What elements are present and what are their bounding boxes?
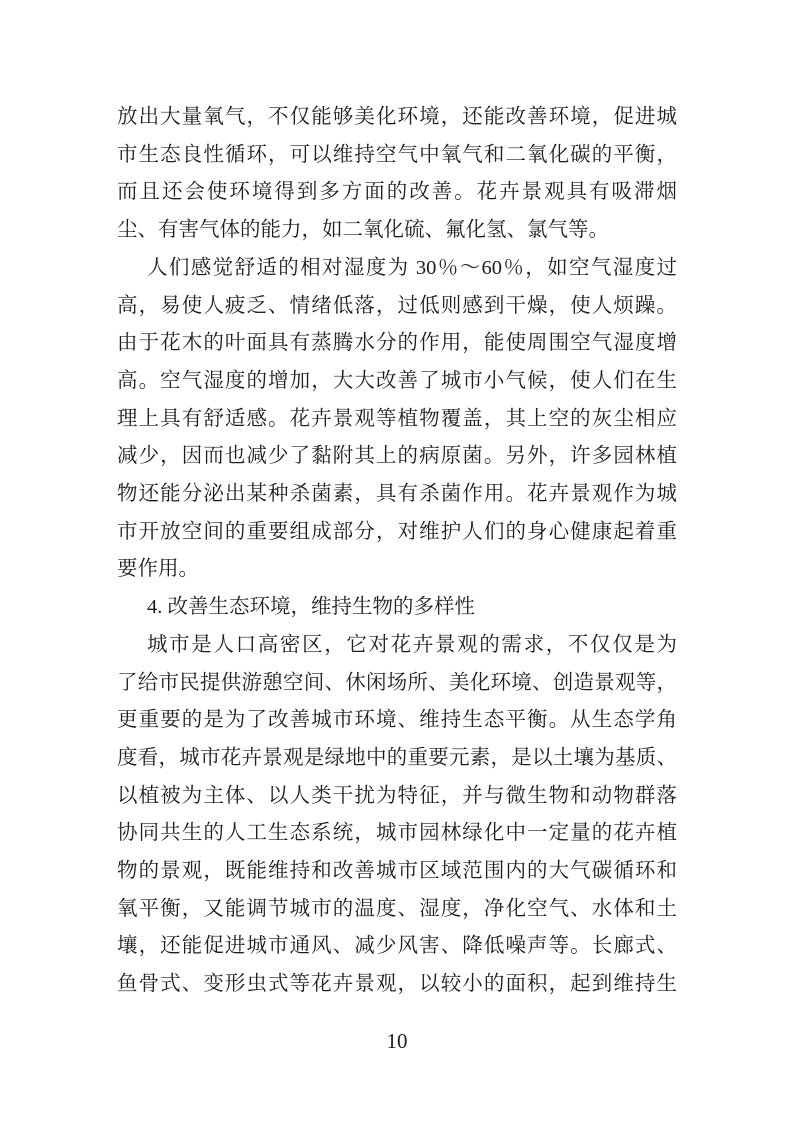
text-line: 市开放空间的重要组成部分，对维护人们的身心健康起着重: [117, 514, 677, 552]
document-page: 放出大量氧气，不仅能够美化环境，还能改善环境，促进城市生态良性循环，可以维持空气…: [0, 0, 793, 1122]
text-line: 以植被为主体、以人类干扰为特征，并与微生物和动物群落: [117, 778, 677, 816]
text-line: 减少，因而也减少了黏附其上的病原菌。另外，许多园林植: [117, 438, 677, 476]
text-line: 尘、有害气体的能力，如二氧化硫、氟化氢、氯气等。: [117, 212, 677, 250]
paragraph: 人们感觉舒适的相对湿度为 30％～60％，如空气湿度过高，易使人疲乏、情绪低落，…: [117, 250, 677, 589]
text-line: 壤，还能促进城市通风、减少风害、降低噪声等。长廊式、: [117, 928, 677, 966]
text-line: 协同共生的人工生态系统，城市园林绿化中一定量的花卉植: [117, 815, 677, 853]
text-line: 放出大量氧气，不仅能够美化环境，还能改善环境，促进城: [117, 99, 677, 137]
text-line: 要作用。: [117, 551, 677, 589]
page-number: 10: [117, 1026, 677, 1056]
text-line: 4. 改善生态环境，维持生物的多样性: [117, 589, 677, 627]
text-line: 鱼骨式、变形虫式等花卉景观，以较小的面积，起到维持生: [117, 966, 677, 1004]
text-line: 度看，城市花卉景观是绿地中的重要元素，是以土壤为基质、: [117, 740, 677, 778]
text-line: 了给市民提供游憩空间、休闲场所、美化环境、创造景观等，: [117, 665, 677, 703]
text-line: 物的景观，既能维持和改善城市区域范围内的大气碳循环和: [117, 853, 677, 891]
section-heading: 4. 改善生态环境，维持生物的多样性: [117, 589, 677, 627]
text-line: 由于花木的叶面具有蒸腾水分的作用，能使周围空气湿度增: [117, 325, 677, 363]
text-line: 物还能分泌出某种杀菌素，具有杀菌作用。花卉景观作为城: [117, 476, 677, 514]
text-line: 市生态良性循环，可以维持空气中氧气和二氧化碳的平衡，: [117, 137, 677, 175]
text-line: 更重要的是为了改善城市环境、维持生态平衡。从生态学角: [117, 702, 677, 740]
text-line: 而且还会使环境得到多方面的改善。花卉景观具有吸滞烟: [117, 174, 677, 212]
text-line: 城市是人口高密区，它对花卉景观的需求，不仅仅是为: [117, 627, 677, 665]
text-line: 高。空气湿度的增加，大大改善了城市小气候，使人们在生: [117, 363, 677, 401]
text-line: 理上具有舒适感。花卉景观等植物覆盖，其上空的灰尘相应: [117, 401, 677, 439]
text-line: 高，易使人疲乏、情绪低落，过低则感到干燥，使人烦躁。: [117, 288, 677, 326]
body-text: 放出大量氧气，不仅能够美化环境，还能改善环境，促进城市生态良性循环，可以维持空气…: [117, 99, 677, 1004]
text-line: 人们感觉舒适的相对湿度为 30％～60％，如空气湿度过: [117, 250, 677, 288]
paragraph: 放出大量氧气，不仅能够美化环境，还能改善环境，促进城市生态良性循环，可以维持空气…: [117, 99, 677, 250]
paragraph: 城市是人口高密区，它对花卉景观的需求，不仅仅是为了给市民提供游憩空间、休闲场所、…: [117, 627, 677, 1004]
text-line: 氧平衡，又能调节城市的温度、湿度，净化空气、水体和土: [117, 891, 677, 929]
